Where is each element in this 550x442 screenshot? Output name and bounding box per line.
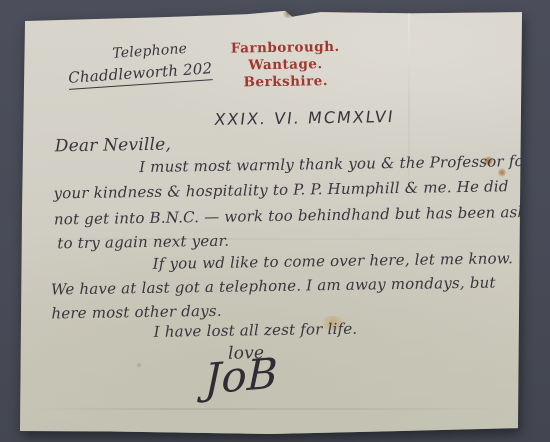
body-line: I have lost all zest for life. <box>154 320 358 341</box>
photo-background: Telephone Chaddleworth 202 Farnborough. … <box>0 0 550 442</box>
letterhead-line-berkshire: Berkshire. <box>216 73 356 92</box>
letter-date: XXIX. VI. MCMXLVI <box>213 107 396 129</box>
body-line: I must most warmly thank you & the Profe… <box>139 152 531 176</box>
signature: JoB <box>204 348 278 404</box>
body-line: If you wd like to come over here, let me… <box>153 249 514 273</box>
body-line: not get into B.N.C. — work too behindhan… <box>54 203 546 229</box>
body-line: here most other days. <box>51 302 222 323</box>
body-line: to try again next year. <box>57 232 229 253</box>
telephone-number: Chaddleworth 202 <box>68 59 213 90</box>
letter-paper: Telephone Chaddleworth 202 Farnborough. … <box>20 10 523 434</box>
body-line: We have at last got a telephone. I am aw… <box>51 273 496 298</box>
salutation: Dear Neville, <box>55 135 172 157</box>
letterhead-line-wantage: Wantage. <box>215 56 355 75</box>
letter-content: Telephone Chaddleworth 202 Farnborough. … <box>17 6 527 438</box>
body-line: your kindness & hospitality to P. P. Hum… <box>53 177 508 202</box>
letterhead: Farnborough. Wantage. Berkshire. <box>215 39 356 92</box>
telephone-note: Telephone Chaddleworth 202 <box>66 39 213 90</box>
letterhead-line-farnborough: Farnborough. <box>215 39 355 58</box>
paper-sheet: Telephone Chaddleworth 202 Farnborough. … <box>20 10 523 434</box>
